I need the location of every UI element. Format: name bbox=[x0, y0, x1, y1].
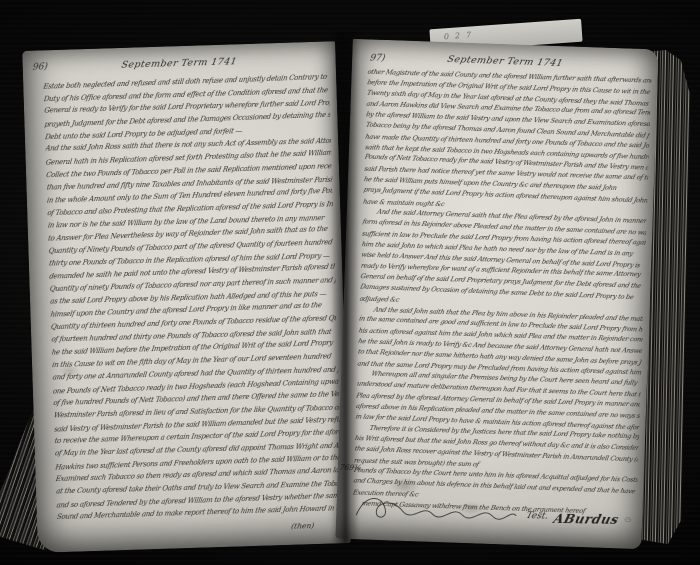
signature-flourish-icon bbox=[624, 510, 633, 530]
pen-flourish-icon bbox=[352, 497, 521, 529]
manuscript-body-right: other Magistrate of the said County and … bbox=[352, 66, 651, 522]
attestation-label: Test. bbox=[525, 511, 549, 522]
record-book: 027 96) September Term 1741 Estate both … bbox=[0, 0, 700, 565]
page-header-left: September Term 1741 bbox=[22, 53, 337, 74]
clerk-signature: ABurdus bbox=[552, 510, 621, 526]
microfilm-photograph: 027 96) September Term 1741 Estate both … bbox=[0, 0, 700, 565]
paper-slip-note: 027 bbox=[444, 30, 478, 41]
manuscript-body-left: Estate both neglected and refused and st… bbox=[43, 71, 343, 528]
catchword: (then) bbox=[291, 521, 315, 531]
left-page: 96) September Term 1741 Estate both negl… bbox=[22, 41, 351, 553]
right-page: 97) September Term 1741 769¾ other Magis… bbox=[335, 39, 658, 549]
